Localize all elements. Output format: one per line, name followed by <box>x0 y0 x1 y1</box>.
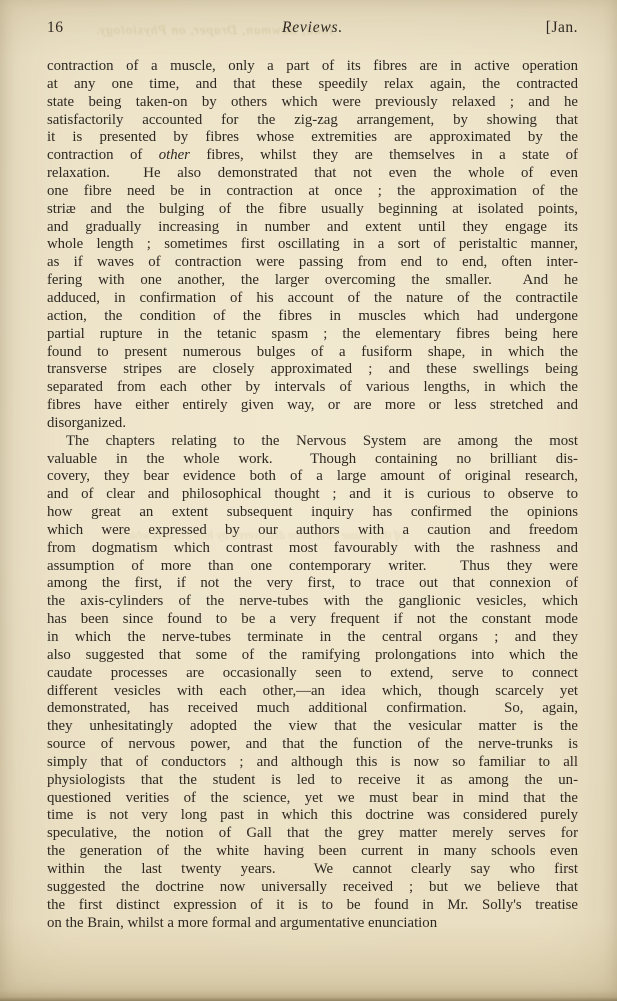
text-line: among the first, if not the very first, … <box>47 575 578 593</box>
text-line: source of nervous power, and that the fu… <box>47 736 578 754</box>
text-line: fering with one another, the larger over… <box>47 272 578 290</box>
text-line: they unhesitatingly adopted the view tha… <box>47 718 578 736</box>
running-header: 16 Reviews. [Jan. <box>47 19 578 37</box>
text-line: physiologists that the student is led to… <box>47 772 578 790</box>
text-line: valuable in the whole work. Though conta… <box>47 451 578 469</box>
book-page: Todd, Bowman, Draper, on Physiology. of … <box>0 0 617 1001</box>
running-title: Reviews. <box>180 19 446 37</box>
text-line: contraction of a muscle, only a part of … <box>47 58 578 76</box>
text-line: as if waves of contraction were passing … <box>47 254 578 272</box>
text-line: disorganized. <box>47 415 578 433</box>
text-line: simply that of conductors ; and although… <box>47 754 578 772</box>
text-line: it is presented by fibres whose extremit… <box>47 129 578 147</box>
text-line: has been since found to be a very freque… <box>47 611 578 629</box>
text-line: found to present numerous bulges of a fu… <box>47 344 578 362</box>
text-line: within the last twenty years. We cannot … <box>47 861 578 879</box>
text-line: and of clear and philosophical thought ;… <box>47 486 578 504</box>
page-number: 16 <box>47 19 180 37</box>
text-line: one fibre need be in contraction at once… <box>47 183 578 201</box>
text-line: speculative, the notion of Gall that the… <box>47 825 578 843</box>
paragraph: The chapters relating to the Nervous Sys… <box>47 433 578 933</box>
text-line: separated from each other by intervals o… <box>47 379 578 397</box>
text-line: also suggested that some of the ramifyin… <box>47 647 578 665</box>
page-body: contraction of a muscle, only a part of … <box>47 58 578 932</box>
issue-label: [Jan. <box>445 19 578 37</box>
text-line: The chapters relating to the Nervous Sys… <box>47 433 578 451</box>
text-line: relaxation. He also demonstrated that no… <box>47 165 578 183</box>
text-line: at any one time, and that these speedily… <box>47 76 578 94</box>
text-line: caudate processes are occasionally seen … <box>47 665 578 683</box>
text-line: assumption of more than one contemporary… <box>47 558 578 576</box>
text-line: which were expressed by our authors with… <box>47 522 578 540</box>
text-line: suggested the doctrine now universally r… <box>47 879 578 897</box>
text-line: from dogmatism which contrast most favou… <box>47 540 578 558</box>
text-line: action, the condition of the fibres in m… <box>47 308 578 326</box>
text-line: how great an extent subsequent inquiry h… <box>47 504 578 522</box>
text-line: fibres have either entirely given way, o… <box>47 397 578 415</box>
text-line: demonstrated, has received much addition… <box>47 700 578 718</box>
text-line: time is not very long past in which this… <box>47 807 578 825</box>
text-line: different vesicles with each other,—an i… <box>47 683 578 701</box>
text-line: in which the nerve-tubes terminate in th… <box>47 629 578 647</box>
text-line: on the Brain, whilst a more formal and a… <box>47 915 578 933</box>
text-line: transverse stripes are closely approxima… <box>47 361 578 379</box>
text-line: questioned verities of the science, yet … <box>47 790 578 808</box>
text-line: and gradually increasing in number and e… <box>47 219 578 237</box>
text-line: state being taken-on by others which wer… <box>47 94 578 112</box>
paragraph: contraction of a muscle, only a part of … <box>47 58 578 433</box>
text-line: the axis-cylinders of the nerve-tubes wi… <box>47 593 578 611</box>
text-line: contraction of other fibres, whilst they… <box>47 147 578 165</box>
text-line: partial rupture in the tetanic spasm ; t… <box>47 326 578 344</box>
text-line: the generation of the white having been … <box>47 843 578 861</box>
text-line: striæ and the bulging of the fibre usual… <box>47 201 578 219</box>
text-line: whole length ; sometimes first oscillati… <box>47 236 578 254</box>
text-line: adduced, in confirmation of his account … <box>47 290 578 308</box>
text-line: covery, they bear evidence both of a lar… <box>47 468 578 486</box>
text-line: satisfactorily accounted for the zig-zag… <box>47 112 578 130</box>
text-line: the first distinct expression of it is t… <box>47 897 578 915</box>
